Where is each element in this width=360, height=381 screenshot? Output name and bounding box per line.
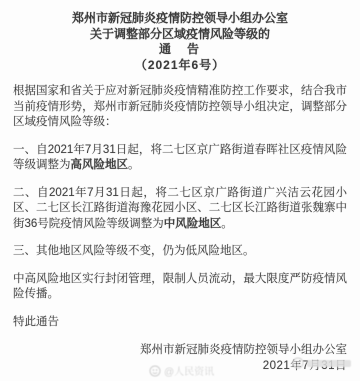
weibo-icon <box>149 365 161 377</box>
paragraph-text: 根据国家和省关于应对新冠肺炎疫情精准防控工作要求，结合我市当前疫情形势，郑州市新… <box>13 85 347 128</box>
risk-level-emphasis: 中风险地区 <box>164 218 222 230</box>
notice-paragraph: 一、自2021年7月31日起，将二七区京广路街道春晖社区疫情风险等级调整为高风险… <box>13 143 347 174</box>
title-line-1: 郑州市新冠肺炎疫情防控领导小组办公室 <box>13 11 347 27</box>
notice-paragraph: 三、其他地区风险等级不变，仍为低风险地区。 <box>13 244 347 260</box>
closing-phrase: 特此通告 <box>13 315 347 331</box>
paragraph-text: 一、自2021年7月31日起，将二七区京广路街道春晖社区疫情风险等级调整为 <box>13 144 347 172</box>
notice-paragraph: 根据国家和省关于应对新冠肺炎疫情精准防控工作要求，结合我市当前疫情形势，郑州市新… <box>13 84 347 131</box>
paragraph-text: 。 <box>128 159 140 171</box>
title-line-2: 关于调整部分区域疫情风险等级的 <box>13 27 347 43</box>
watermark-right <box>292 357 351 369</box>
paragraph-text: 三、其他地区风险等级不变，仍为低风险地区。 <box>13 245 255 257</box>
title-line-4: （2021年6号） <box>13 58 347 74</box>
title-line-3: 通 告 <box>13 42 347 58</box>
notice-body: 根据国家和省关于应对新冠肺炎疫情精准防控工作要求，结合我市当前疫情形势，郑州市新… <box>13 84 347 303</box>
watermark-people-info: @人民资讯 <box>149 363 214 378</box>
notice-document: 郑州市新冠肺炎疫情防控领导小组办公室 关于调整部分区域疫情风险等级的 通 告 （… <box>0 0 360 381</box>
stamp-icon <box>292 357 304 369</box>
notice-paragraph: 中高风险地区实行封闭管理，限制人员流动，最大限度严防疫情风险传播。 <box>13 272 347 303</box>
risk-level-emphasis: 高风险地区 <box>71 159 129 171</box>
paragraph-text: 中高风险地区实行封闭管理，限制人员流动，最大限度严防疫情风险传播。 <box>13 273 347 301</box>
watermark-label: @人民资讯 <box>164 363 214 378</box>
paragraph-text: 。 <box>221 218 233 230</box>
notice-paragraph: 二、自2021年7月31日起，将二七区京广路街道广兴洁云花园小区、二七区长江路街… <box>13 186 347 233</box>
watermark-blurred-text <box>307 360 351 367</box>
notice-title: 郑州市新冠肺炎疫情防控领导小组办公室 关于调整部分区域疫情风险等级的 通 告 （… <box>13 11 347 73</box>
